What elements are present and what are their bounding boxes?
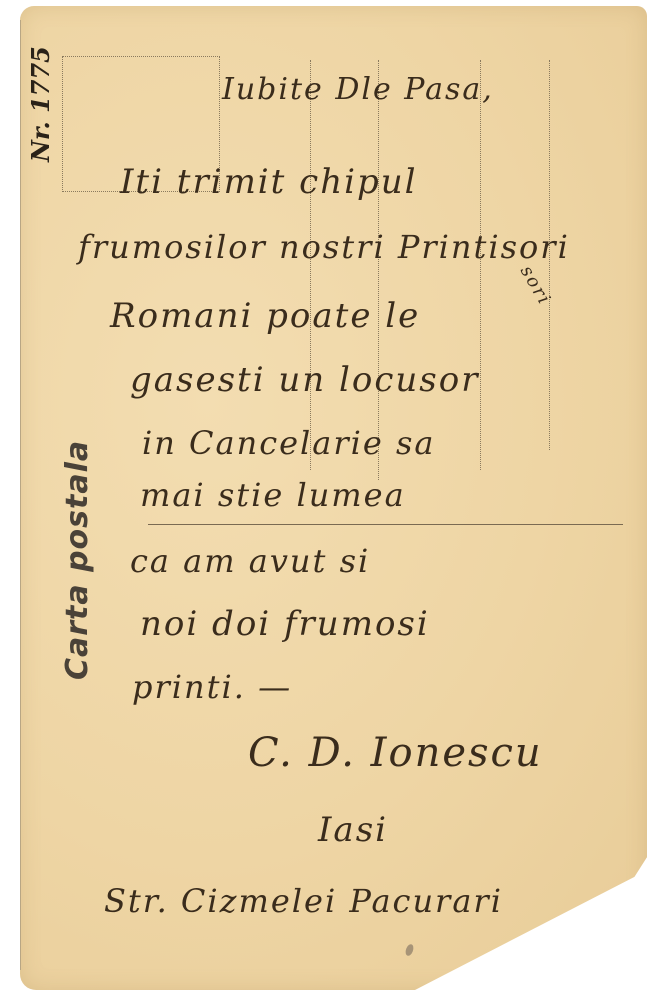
address-divider-line <box>148 524 623 525</box>
message-line: Romani poate le <box>110 296 420 336</box>
message-line: printi. — <box>132 668 292 706</box>
message-line: frumosilor nostri Printisori <box>78 228 570 266</box>
message-line: noi doi frumosi <box>140 604 430 644</box>
greeting: Iubite Dle Pasa, <box>222 72 494 107</box>
message-line: gasesti un locusor <box>130 360 479 400</box>
printed-card-label: Carta postala <box>60 440 95 680</box>
signature-city: Iasi <box>318 810 388 850</box>
dotted-rule <box>378 60 379 480</box>
message-line: Iti trimit chipul <box>120 162 418 202</box>
card-edge <box>20 20 21 970</box>
message-line: in Cancelarie sa <box>142 424 436 462</box>
signature-address: Str. Cizmelei Pacurari <box>104 882 503 920</box>
message-line: ca am avut si <box>130 542 370 580</box>
archive-number: Nr. 1775 <box>26 46 55 162</box>
signature-name: C. D. Ionescu <box>248 730 543 776</box>
message-line: mai stie lumea <box>140 476 406 514</box>
